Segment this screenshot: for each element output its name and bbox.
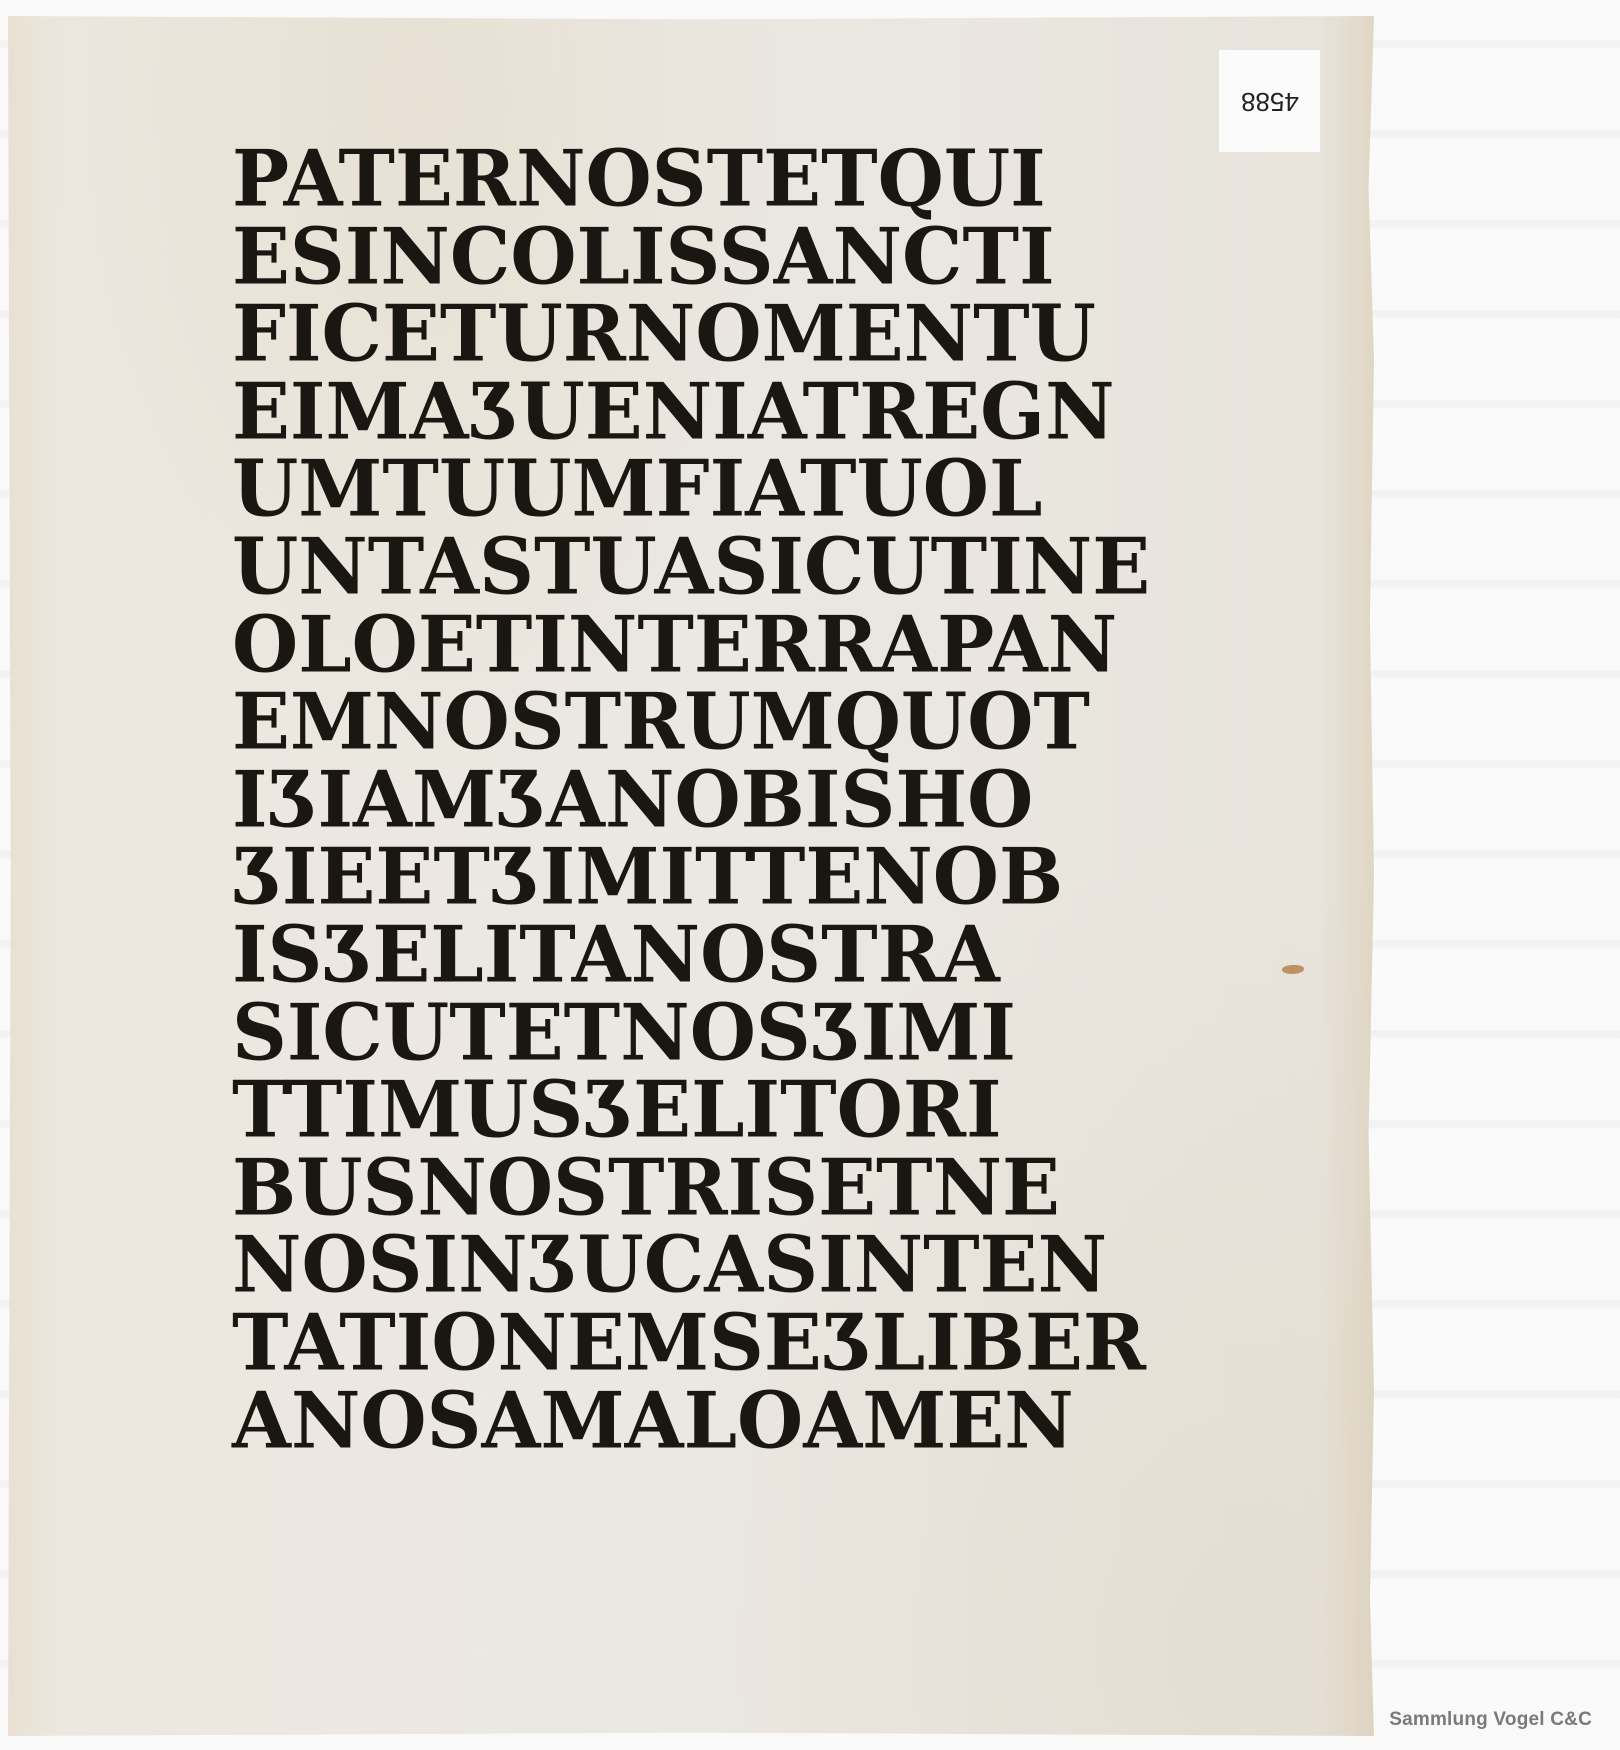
- text-line: TATIONEMSEƷLIBER: [232, 1303, 1124, 1382]
- collection-watermark: Sammlung Vogel C&C: [1389, 1709, 1592, 1731]
- text-line: UMTUUMFIATUOL: [232, 450, 1124, 529]
- text-line: UNTASTUASICUTINE: [232, 527, 1124, 606]
- text-line: FICETURNOMENTU: [232, 294, 1124, 373]
- text-line: PATERNOSTETQUI: [232, 139, 1124, 218]
- text-line: ISƷELITANOSTRA: [232, 915, 1124, 994]
- text-line: EMNOSTRUMQUOT: [232, 682, 1124, 761]
- text-line: TTIMUSƷELITORI: [232, 1070, 1124, 1149]
- text-line: ANOSAMALOAMEN: [232, 1381, 1124, 1460]
- text-line: NOSINƷUCASINTEN: [232, 1226, 1124, 1305]
- inventory-number-label: 4588: [1219, 50, 1320, 152]
- text-line: BUSNOSTRISETNE: [232, 1148, 1124, 1227]
- text-line: SICUTETNOSƷIMI: [232, 993, 1124, 1072]
- text-line: EIMAƷUENIATREGN: [232, 372, 1124, 451]
- inventory-number: 4588: [1241, 86, 1299, 117]
- text-line: ƷIEETƷIMITTENOB: [232, 838, 1124, 917]
- text-line: IƷIAMƷANOBISHO: [232, 760, 1124, 839]
- text-line: ESINCOLISSANCTI: [232, 217, 1124, 296]
- calligraphy-text-block: PATERNOSTETQUI ESINCOLISSANCTI FICETURNO…: [232, 140, 1124, 1459]
- text-line: OLOETINTERRAPAN: [232, 605, 1124, 684]
